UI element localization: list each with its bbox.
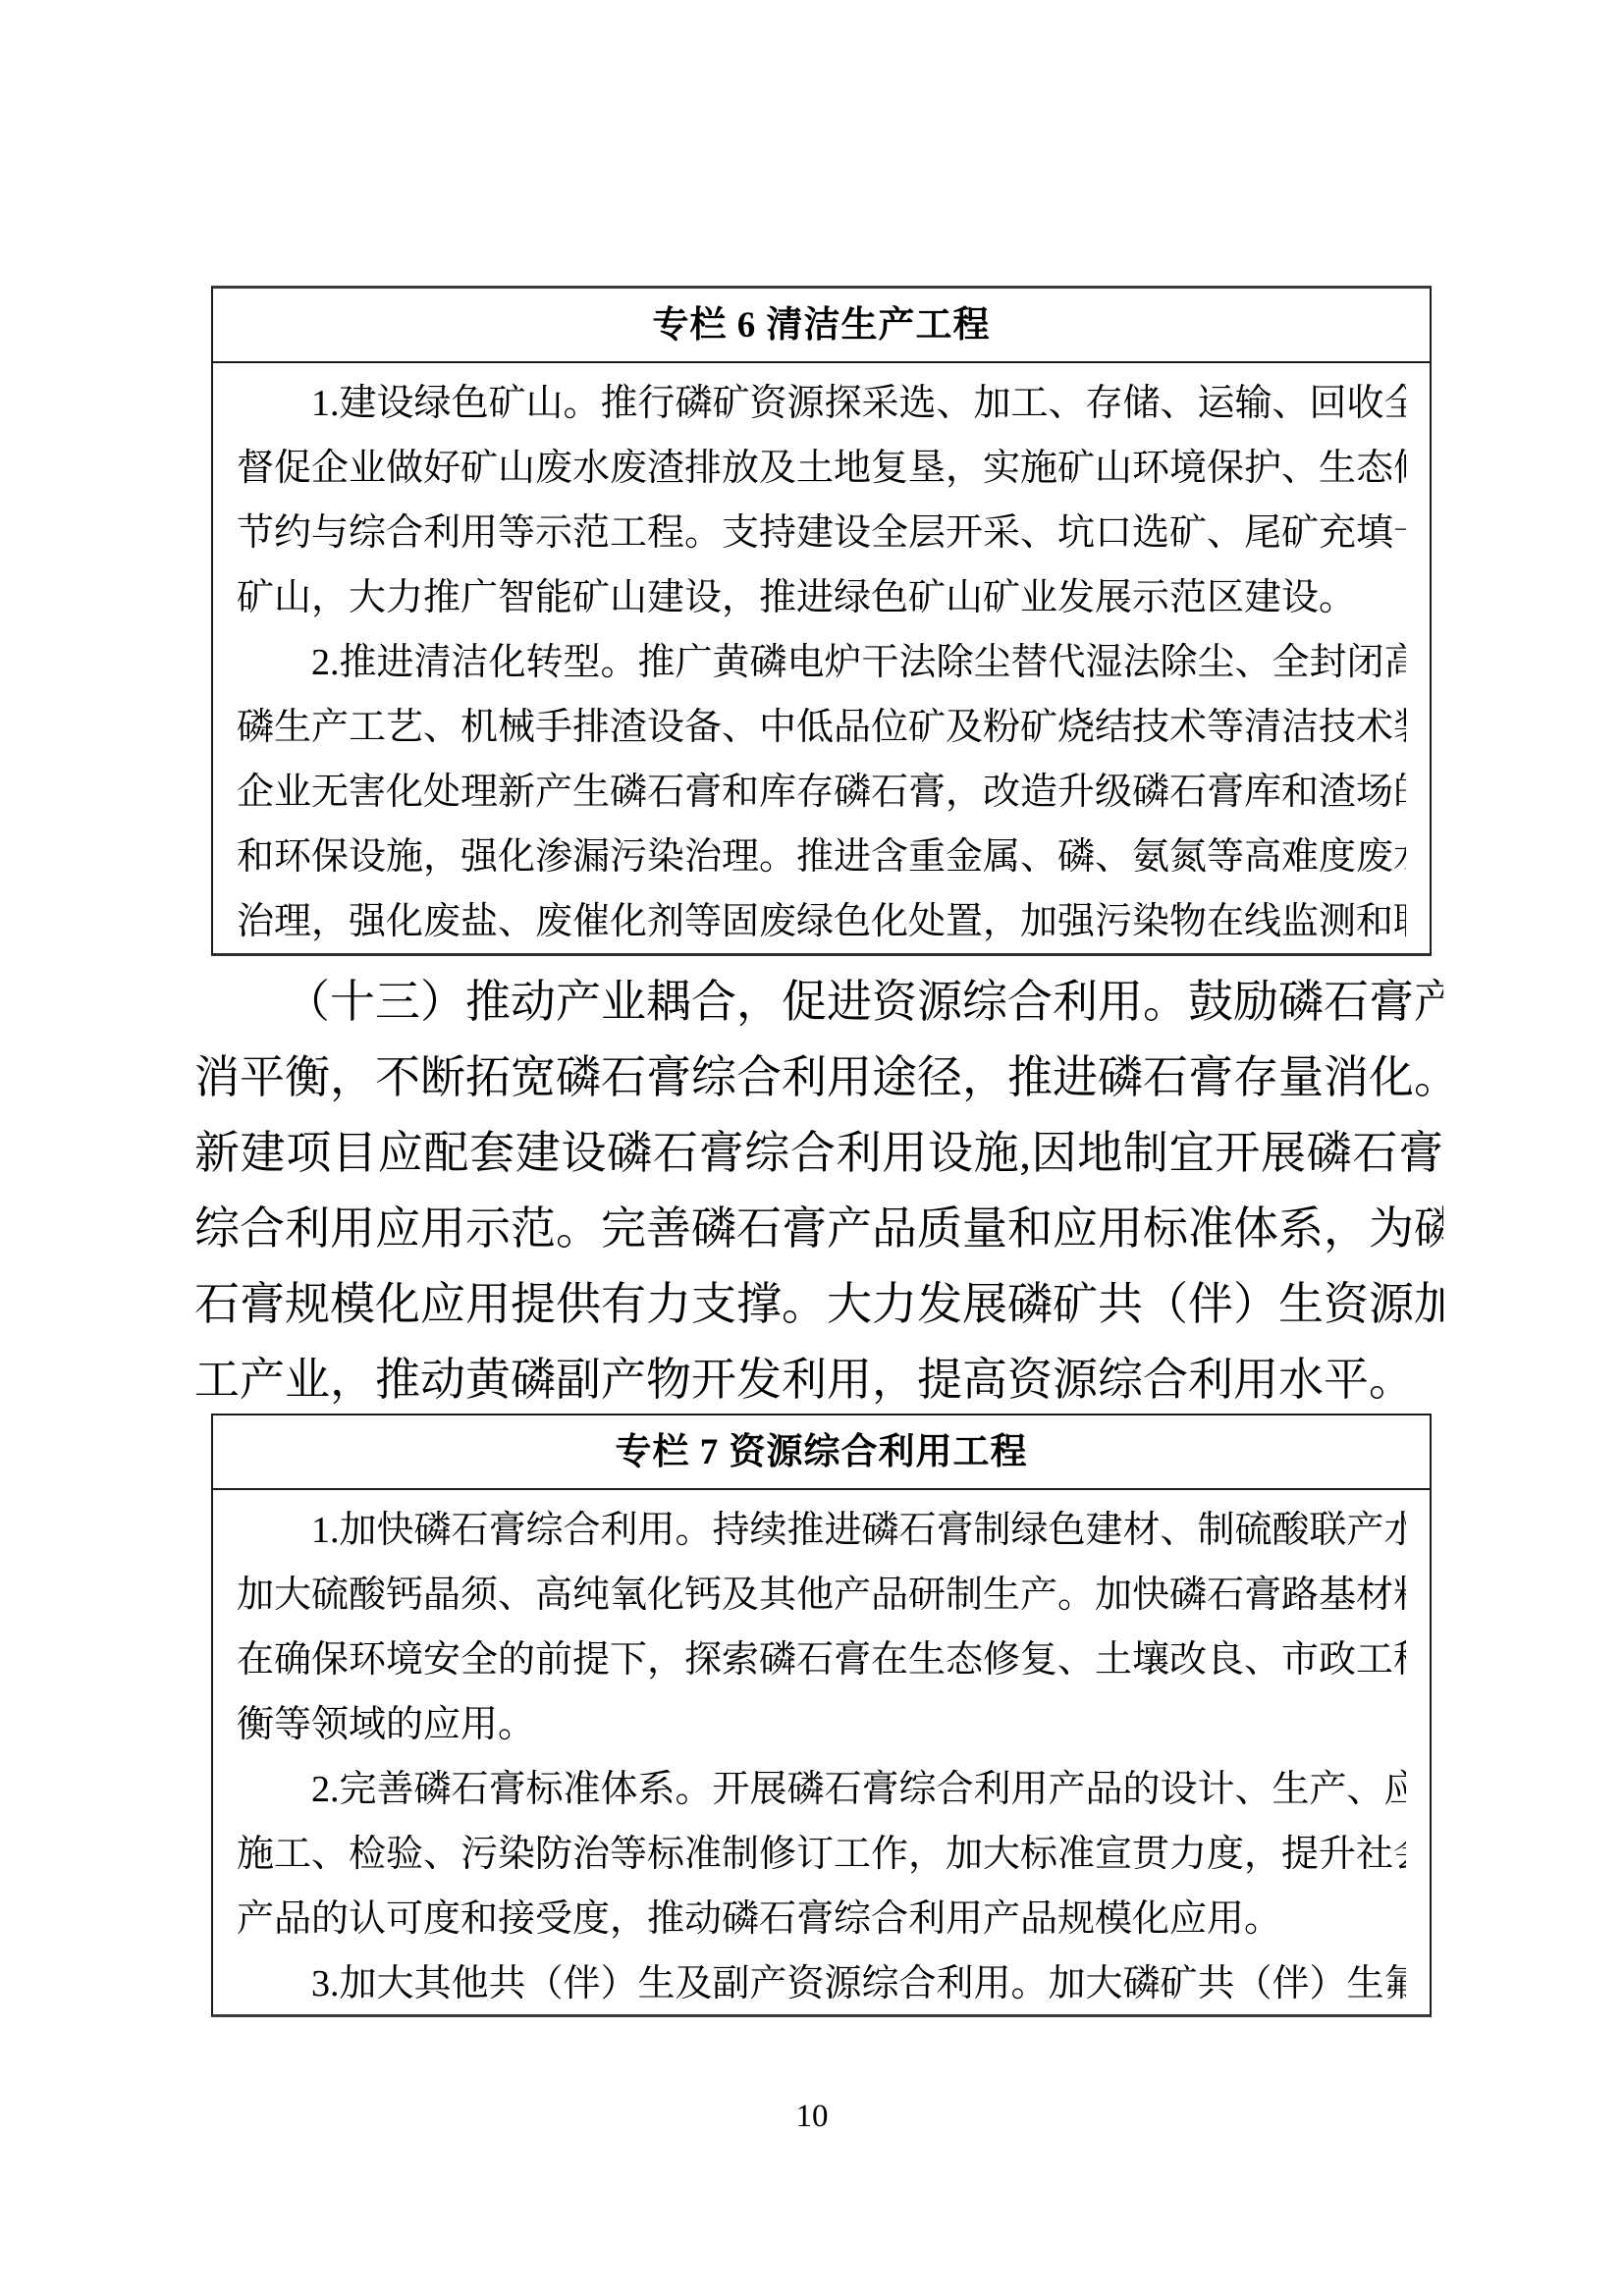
body-line: 新建项目应配套建设磷石膏综合利用设施,因地制宜开展磷石膏 bbox=[194, 1115, 1443, 1191]
body-line: 2.完善磷石膏标准体系。开展磷石膏综合利用产品的设计、生产、应用、质量、 bbox=[237, 1757, 1406, 1822]
body-line: 加大硫酸钙晶须、高纯氧化钙及其他产品研制生产。加快磷石膏路基材料验证应用， bbox=[237, 1563, 1406, 1628]
body-line: 企业无害化处理新产生磷石膏和库存磷石膏，改造升级磷石膏库和渣场的安全设施 bbox=[237, 760, 1406, 825]
body-line: 消平衡，不断拓宽磷石膏综合利用途径，推进磷石膏存量消化。 bbox=[194, 1040, 1443, 1115]
body-line: 产品的认可度和接受度，推动磷石膏综合利用产品规模化应用。 bbox=[237, 1887, 1406, 1951]
panel-6-title: 专栏 6 清洁生产工程 bbox=[213, 289, 1430, 363]
body-line: 1.加快磷石膏综合利用。持续推进磷石膏制绿色建材、制硫酸联产水泥等应用， bbox=[237, 1498, 1406, 1563]
body-line: 衡等领域的应用。 bbox=[237, 1692, 1406, 1757]
page-number: 10 bbox=[0, 2099, 1624, 2135]
panel-box-7: 专栏 7 资源综合利用工程 1.加快磷石膏综合利用。持续推进磷石膏制绿色建材、制… bbox=[211, 1414, 1432, 2017]
body-line: 治理，强化废盐、废催化剂等固废绿色化处置，加强污染物在线监测和联网管理。 bbox=[237, 889, 1406, 954]
panel-7-title: 专栏 7 资源综合利用工程 bbox=[213, 1415, 1430, 1490]
document-page: 专栏 6 清洁生产工程 1.建设绿色矿山。推行磷矿资源探采选、加工、存储、运输、… bbox=[0, 0, 1624, 2296]
body-line: 石膏规模化应用提供有力支撑。大力发展磷矿共（伴）生资源加 bbox=[194, 1266, 1443, 1342]
body-line: 磷生产工艺、机械手排渣设备、中低品位矿及粉矿烧结技术等清洁技术装备。推动 bbox=[237, 695, 1406, 760]
body-line: 2.推进清洁化转型。推广黄磷电炉干法除尘替代湿法除尘、全封闭高压水淬渣黄 bbox=[237, 630, 1406, 695]
body-line: 1.建设绿色矿山。推行磷矿资源探采选、加工、存储、运输、回收全过程绿色化， bbox=[237, 371, 1406, 436]
body-line: 节约与综合利用等示范工程。支持建设全层开采、坑口选矿、尾矿充填一体的绿色 bbox=[237, 501, 1406, 565]
section-13-paragraph: （十三）推动产业耦合，促进资源综合利用。鼓励磷石膏产 消平衡，不断拓宽磷石膏综合… bbox=[194, 964, 1443, 1417]
panel-7-body: 1.加快磷石膏综合利用。持续推进磷石膏制绿色建材、制硫酸联产水泥等应用， 加大硫… bbox=[213, 1490, 1430, 2016]
body-line: 在确保环境安全的前提下，探索磷石膏在生态修复、土壤改良、市政工程、土方平 bbox=[237, 1628, 1406, 1692]
body-line: 和环保设施，强化渗漏污染治理。推进含重金属、磷、氨氮等高难度废水深度高效 bbox=[237, 825, 1406, 889]
body-line: （十三）推动产业耦合，促进资源综合利用。鼓励磷石膏产 bbox=[194, 964, 1443, 1040]
panel-6-body: 1.建设绿色矿山。推行磷矿资源探采选、加工、存储、运输、回收全过程绿色化， 督促… bbox=[213, 363, 1430, 954]
body-line: 综合利用应用示范。完善磷石膏产品质量和应用标准体系，为磷 bbox=[194, 1191, 1443, 1266]
body-line: 工产业，推动黄磷副产物开发利用，提高资源综合利用水平。 bbox=[194, 1342, 1443, 1417]
body-line: 矿山，大力推广智能矿山建设，推进绿色矿山矿业发展示范区建设。 bbox=[237, 565, 1406, 630]
panel-box-6: 专栏 6 清洁生产工程 1.建设绿色矿山。推行磷矿资源探采选、加工、存储、运输、… bbox=[211, 286, 1432, 956]
body-line: 施工、检验、污染防治等标准制修订工作，加大标准宣贯力度，提升社会对磷石膏 bbox=[237, 1822, 1406, 1887]
body-line: 3.加大其他共（伴）生及副产资源综合利用。加大磷矿共（伴）生氟、硅、镁、 bbox=[237, 1951, 1406, 2016]
body-line: 督促企业做好矿山废水废渣排放及土地复垦，实施矿山环境保护、生态修复、资源 bbox=[237, 436, 1406, 501]
